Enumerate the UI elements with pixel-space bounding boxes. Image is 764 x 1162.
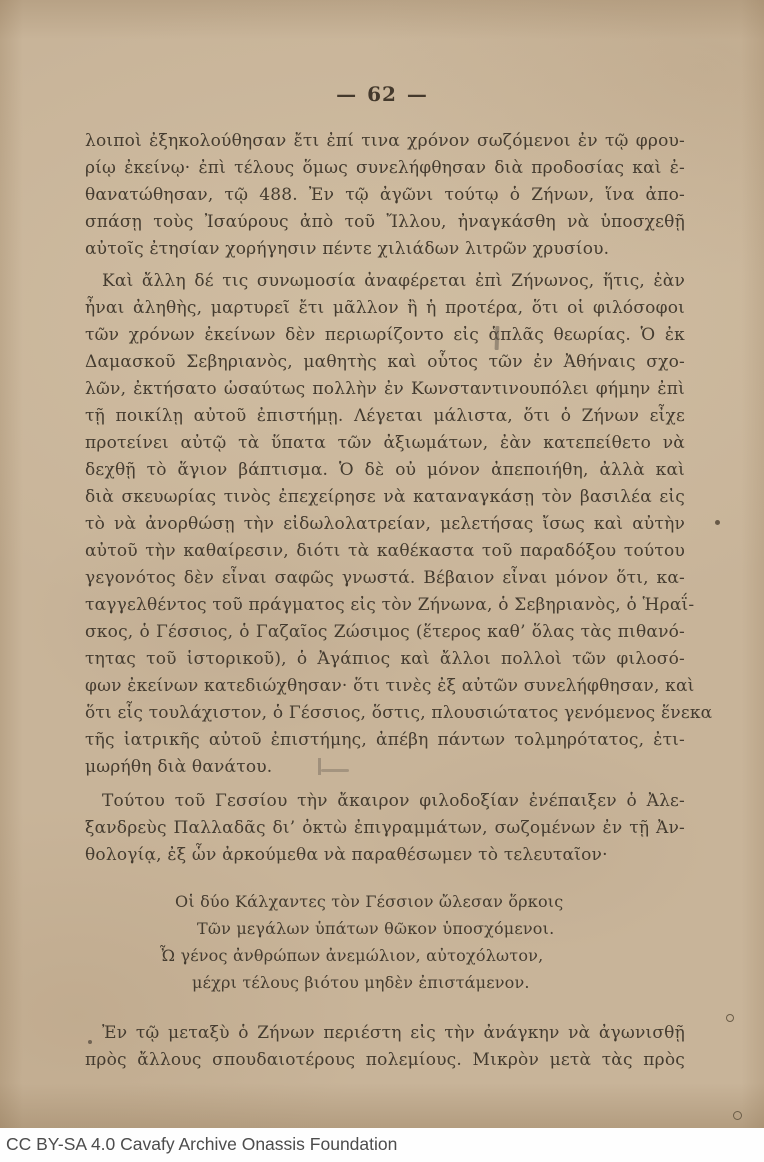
pencil-mark-vertical bbox=[495, 326, 500, 350]
text-line: θανατώθησαν, τῷ 488. Ἐν τῷ ἀγῶνι τούτῳ ὁ… bbox=[85, 182, 685, 209]
page-number-header: —62— bbox=[0, 82, 764, 106]
left-margin-speck bbox=[88, 1040, 92, 1044]
text-line: Καὶ ἄλλη δέ τις συνωμοσία ἀναφέρεται ἐπὶ… bbox=[85, 268, 685, 295]
license-strip: CC BY-SA 4.0 Cavafy Archive Onassis Foun… bbox=[0, 1128, 764, 1162]
ring-speck-upper bbox=[726, 1014, 734, 1022]
text-line: μέχρι τέλους βιότου μηδὲν ἐπιστάμενον. bbox=[192, 969, 685, 996]
text-line: γεγονότος δὲν εἶναι σαφῶς γνωστά. Βέβαιο… bbox=[85, 565, 685, 592]
text-line: Οἱ δύο Κάλχαντες τὸν Γέσσιον ὤλεσαν ὅρκο… bbox=[175, 888, 685, 915]
text-line: Τούτου τοῦ Γεσσίου τὴν ἄκαιρον φιλοδοξία… bbox=[85, 788, 685, 815]
text-line: Τῶν μεγάλων ὑπάτων θῶκον ὑποσχόμενοι. bbox=[197, 915, 685, 942]
text-line: δεχθῇ τὸ ἅγιον βάπτισμα. Ὁ δὲ οὐ μόνον ἀ… bbox=[85, 457, 685, 484]
ink-speck bbox=[715, 520, 720, 525]
text-line: Δαμασκοῦ Σεβηριανὸς, μαθητὴς καὶ οὗτος τ… bbox=[85, 349, 685, 376]
text-line: ὅτι εἷς τουλάχιστον, ὁ Γέσσιος, ὅστις, π… bbox=[85, 700, 685, 727]
pencil-mark-dash bbox=[318, 758, 352, 778]
text-line: τῇ ποικίλῃ αὐτοῦ ἐπιστήμῃ. Λέγεται μάλισ… bbox=[85, 403, 685, 430]
text-line: αὐτοῦ τὴν καθαίρεσιν, διότι τὰ καθέκαστα… bbox=[85, 538, 685, 565]
text-line: ταγγελθέντος τοῦ πράγματος εἰς τὸν Ζήνων… bbox=[85, 592, 685, 619]
text-line: θολογίᾳ, ἐξ ὧν ἀρκούμεθα νὰ παραθέσωμεν … bbox=[85, 842, 685, 869]
text-line: σπάσῃ τοὺς Ἰσαύρους ἀπὸ τοῦ Ἴλλου, ἠναγκ… bbox=[85, 209, 685, 236]
text-line: τῶν χρόνων ἐκείνων δὲν περιωρίζοντο εἰς … bbox=[85, 322, 685, 349]
header-left-dash: — bbox=[326, 82, 367, 106]
text-line: Ὦ γένος ἀνθρώπων ἀνεμώλιον, αὐτοχόλωτον, bbox=[160, 942, 685, 969]
page-number: 62 bbox=[367, 82, 397, 106]
text-line: ξανδρεὺς Παλλαδᾶς δι’ ὀκτὼ ἐπιγραμμάτων,… bbox=[85, 815, 685, 842]
text-line: ἦναι ἀληθὴς, μαρτυρεῖ ἔτι μᾶλλον ἢ ἡ προ… bbox=[85, 295, 685, 322]
text-line: αὐτοῖς ἐτησίαν χορήγησιν πέντε χιλιάδων … bbox=[85, 236, 685, 263]
text-line: λῶν, ἐκτήσατο ὡσαύτως πολλὴν ἐν Κωνσταντ… bbox=[85, 376, 685, 403]
license-text: CC BY-SA 4.0 Cavafy Archive Onassis Foun… bbox=[0, 1128, 764, 1161]
text-line: τῆς ἰατρικῆς αὐτοῦ ἐπιστήμης, ἀπέβη πάντ… bbox=[85, 727, 685, 754]
paragraph-4: Ἐν τῷ μεταξὺ ὁ Ζήνων περιέστη εἰς τὴν ἀν… bbox=[85, 1020, 685, 1074]
text-line: ρίῳ ἐκείνῳ· ἐπὶ τέλους ὅμως συνελήφθησαν… bbox=[85, 155, 685, 182]
text-line: τητας τοῦ ἱστορικοῦ), ὁ Ἀγάπιος καὶ ἄλλο… bbox=[85, 646, 685, 673]
text-line: Ἐν τῷ μεταξὺ ὁ Ζήνων περιέστη εἰς τὴν ἀν… bbox=[85, 1020, 685, 1047]
header-right-dash: — bbox=[397, 82, 438, 106]
ring-speck-lower bbox=[733, 1111, 742, 1120]
book-page-scan: —62— λοιποὶ ἐξηκολούθησαν ἔτι ἐπί τινα χ… bbox=[0, 0, 764, 1128]
text-line: διὰ σκευωρίας τινὸς ἐπεχείρησε νὰ κατανα… bbox=[85, 484, 685, 511]
text-line: φων ἐκείνων κατεδιώχθησαν· ὅτι τινὲς ἐξ … bbox=[85, 673, 685, 700]
paragraph-1: λοιποὶ ἐξηκολούθησαν ἔτι ἐπί τινα χρόνον… bbox=[85, 128, 685, 263]
text-line: προτείνει αὐτῷ τὰ ὕπατα τῶν ἀξιωμάτων, ἐ… bbox=[85, 430, 685, 457]
text-line: σκος, ὁ Γέσσιος, ὁ Γαζαῖος Ζώσιμος (ἕτερ… bbox=[85, 619, 685, 646]
paragraph-2: Καὶ ἄλλη δέ τις συνωμοσία ἀναφέρεται ἐπὶ… bbox=[85, 268, 685, 781]
text-line: πρὸς ἄλλους σπουδαιοτέρους πολεμίους. Μι… bbox=[85, 1047, 685, 1074]
text-line: μωρήθη διὰ θανάτου. bbox=[85, 754, 685, 781]
text-line: τὸ νὰ ἀνορθώσῃ τὴν εἰδωλολατρείαν, μελετ… bbox=[85, 511, 685, 538]
text-line: λοιποὶ ἐξηκολούθησαν ἔτι ἐπί τινα χρόνον… bbox=[85, 128, 685, 155]
epigram-verse: Οἱ δύο Κάλχαντες τὸν Γέσσιον ὤλεσαν ὅρκο… bbox=[85, 888, 685, 996]
paragraph-3: Τούτου τοῦ Γεσσίου τὴν ἄκαιρον φιλοδοξία… bbox=[85, 788, 685, 869]
